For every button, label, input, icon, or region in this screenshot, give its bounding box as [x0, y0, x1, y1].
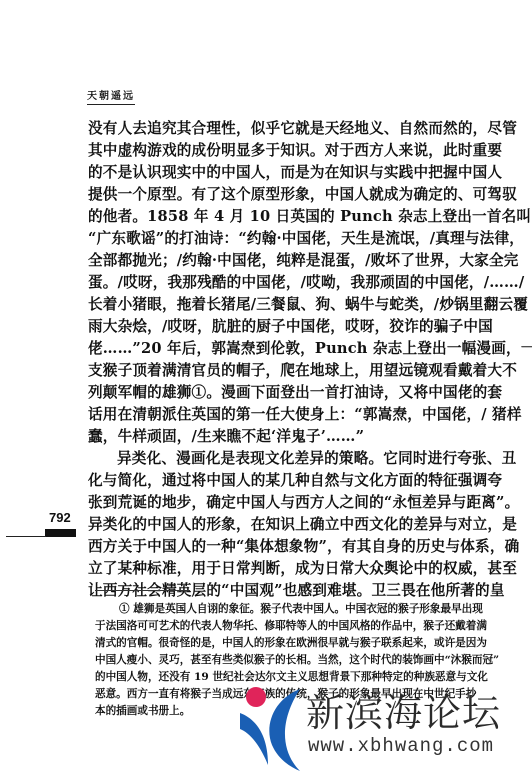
body-line: 全部都抛光；/约翰·中国佬，纯粹是混蛋，/败坏了世界，大家全完	[88, 250, 470, 272]
body-line: 的他者。1858 年 4 月 10 日英国的 Punch 杂志上登出一首名叫	[88, 206, 470, 228]
page-marker-rule	[6, 536, 46, 537]
running-head: 天朝遥远	[87, 90, 135, 105]
body-line: 西方关于中国人的一种“集体想象物”，有其自身的历史与体系，确	[88, 536, 470, 558]
body-line: 雨大杂烩，/哎呀，肮脏的厨子中国佬，哎呀，狡诈的骗子中国	[88, 316, 470, 338]
body-line: 话用在清朝派住英国的第一任大使身上：“郭嵩焘，中国佬，/ 猪样	[88, 404, 470, 426]
body-line: 支猴子顶着满清官员的帽子，爬在地球上，用望远镜观看戴着大不	[88, 360, 470, 382]
body-line: 其中虚构游戏的成份明显多于知识。对于西方人来说，此时重要	[88, 140, 470, 162]
watermark-url: www.xbhwang.com	[308, 735, 494, 757]
watermark: 新滨海论坛 www.xbhwang.com	[238, 683, 532, 774]
body-line: 没有人去追究其合理性，似乎它就是天经地义、自然而然的，尽管	[88, 118, 470, 140]
footnote-separator	[95, 590, 190, 591]
body-line: 立了某种标准，用于日常判断，成为日常大众舆论中的权威，甚至	[88, 558, 470, 580]
footnote-line: ① 雄狮是英国人自诩的象征。猴子代表中国人。中国衣冠的猴子形象最早出现	[95, 601, 469, 618]
footnote-line: 清式的官帽。很奇怪的是，中国人的形象在欧洲很早就与猴子联系起来，或许是因为	[95, 635, 469, 652]
body-line: 列颠军帽的雄狮①。漫画下面登出一首打油诗，又将中国佬的套	[88, 382, 470, 404]
body-line: “广东歌谣”的打油诗：“约翰·中国佬，天生是流氓，/真理与法律，	[88, 228, 470, 250]
body-line: 让西方社会精英层的“中国观”也感到难堪。卫三畏在他所著的皇	[88, 580, 470, 602]
footnote-line: 中国人瘦小、灵巧，甚至有些类似猴子的长相。当然，这个时代的装饰画中“沐猴而冠”	[95, 652, 469, 669]
body-line: 张到荒诞的地步，确定中国人与西方人之间的“永恒差异与距离”。	[88, 492, 470, 514]
body-line: 蠢，牛样顽固，/生来瞧不起‘洋鬼子’……”	[88, 426, 470, 448]
body-line: 蛋。/哎呀，我那残酷的中国佬，/哎呦，我那顽固的中国佬，/……/	[88, 272, 470, 294]
footnote-line: 于法国洛可可艺术的代表人物华托、修耶特等人的中国风格的作品中，猴子还戴着满	[95, 618, 469, 635]
body-line: 的不是认识现实中的中国人，而是为在知识与实践中把握中国人	[88, 162, 470, 184]
page-number: 792	[49, 510, 71, 525]
body-line: 异类化、漫画化是表现文化差异的策略。它同时进行夸张、丑	[88, 448, 470, 470]
page-marker-bar	[45, 529, 76, 537]
body-line: 佬……”20 年后，郭嵩焘到伦敦，Punch 杂志上登出一幅漫画，一	[88, 338, 470, 360]
watermark-title: 新滨海论坛	[306, 691, 501, 735]
body-line: 化与简化，通过将中国人的某几种自然与文化方面的特征强调夸	[88, 470, 470, 492]
body-text: 没有人去追究其合理性，似乎它就是天经地义、自然而然的，尽管 其中虚构游戏的成份明…	[88, 118, 470, 602]
body-line: 异类化的中国人的形象，在知识上确立中西文化的差异与对立，是	[88, 514, 470, 536]
body-line: 长着小猪眼，拖着长猪尾/三餐鼠、狗、蜗牛与蛇类，/炒锅里翻云覆	[88, 294, 470, 316]
body-line: 提供一个原型。有了这个原型形象，中国人就成为确定的、可驾驭	[88, 184, 470, 206]
watermark-dot	[246, 687, 266, 707]
